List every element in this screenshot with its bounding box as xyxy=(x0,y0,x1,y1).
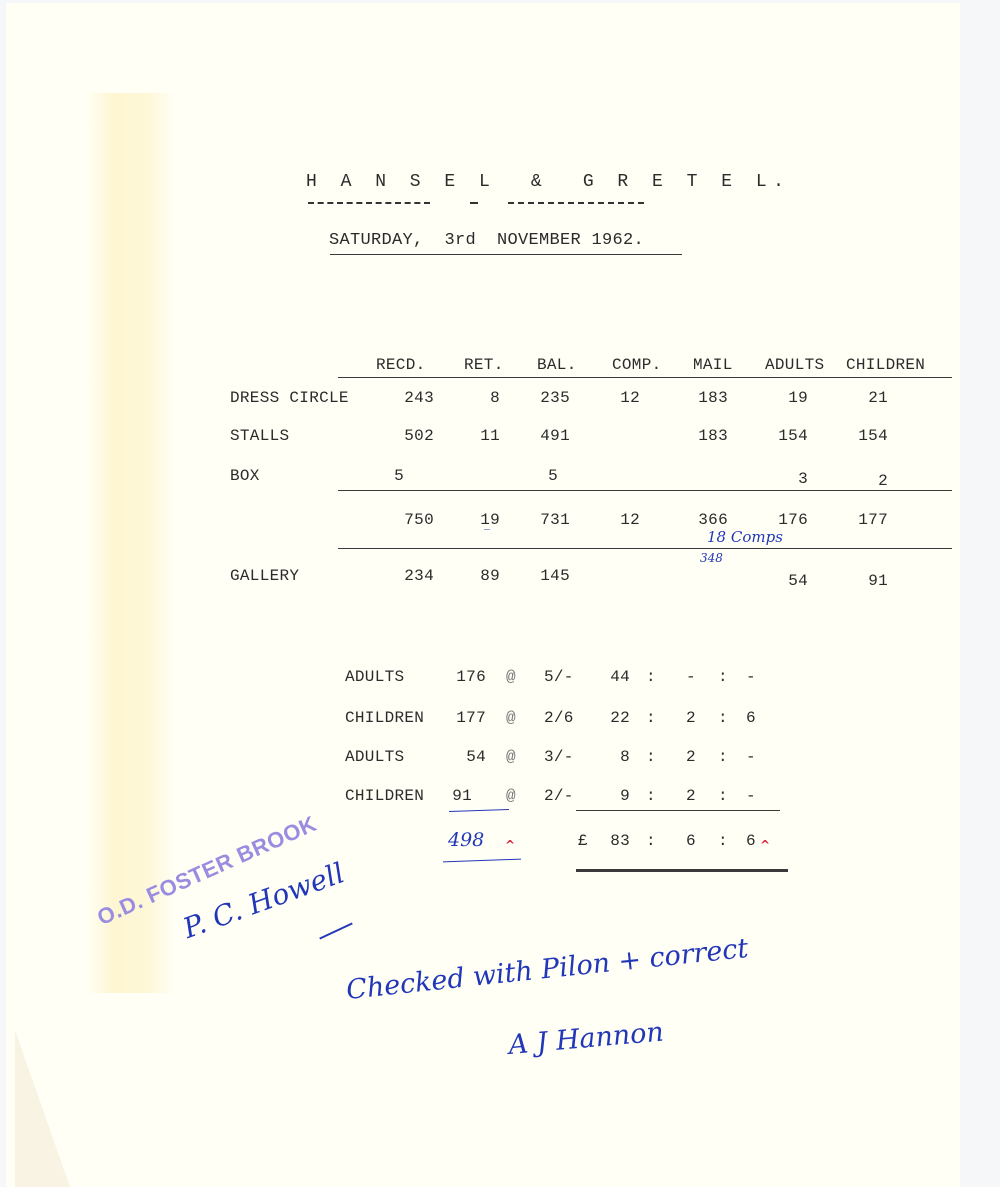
col-header-comp: COMP. xyxy=(612,356,662,374)
cell-recd: 502 xyxy=(370,427,434,445)
price-row-qty: 177 xyxy=(440,709,486,727)
date-line: SATURDAY, 3rd NOVEMBER 1962. xyxy=(329,231,644,250)
price-row-label: CHILDREN xyxy=(345,787,424,805)
total-qty-handwritten: 498 xyxy=(448,829,484,851)
gallery-recd: 234 xyxy=(370,567,434,585)
subtotal-rule xyxy=(338,490,952,491)
col-header-children: CHILDREN xyxy=(846,356,925,374)
cell-comp: 12 xyxy=(600,389,640,407)
price-row-pence: - xyxy=(746,668,756,686)
col-header-bal: BAL. xyxy=(537,356,577,374)
sep: : xyxy=(718,668,728,686)
total-adults: 176 xyxy=(760,511,808,529)
total-currency: £ xyxy=(578,832,588,850)
price-row-pounds: 22 xyxy=(600,709,630,727)
price-row-qty: 176 xyxy=(440,668,486,686)
cell-children: 2 xyxy=(840,472,888,490)
row-label-stalls: STALLS xyxy=(230,427,289,445)
total-bal: 731 xyxy=(520,511,570,529)
price-row-pence: 6 xyxy=(746,709,756,727)
price-row-pounds: 44 xyxy=(600,668,630,686)
col-header-mail: MAIL xyxy=(693,356,733,374)
total-pence: 6 xyxy=(746,832,756,850)
gallery-ret: 89 xyxy=(450,567,500,585)
at-sign: @ xyxy=(506,787,516,805)
sep: : xyxy=(718,748,728,766)
gallery-bal: 145 xyxy=(520,567,570,585)
title-underline-hansel xyxy=(308,202,430,204)
red-check-mark: ^ xyxy=(505,838,515,852)
date-underline xyxy=(330,254,682,255)
ret-tick-mark: ‾ xyxy=(484,527,490,541)
cell-children: 21 xyxy=(840,389,888,407)
price-row-qty: 54 xyxy=(440,748,486,766)
header-underline xyxy=(338,377,952,378)
total-mail: 366 xyxy=(680,511,728,529)
price-row-pence: - xyxy=(746,748,756,766)
totals-rule xyxy=(338,548,952,549)
sep: : xyxy=(718,787,728,805)
sep: : xyxy=(646,668,656,686)
subtotal-rule-money xyxy=(576,810,780,811)
price-row-label: CHILDREN xyxy=(345,709,424,727)
price-row-price: 2/6 xyxy=(544,709,574,727)
document-title: H A N S E L & G R E T E L. xyxy=(306,172,790,192)
price-row-qty: 91 xyxy=(440,787,472,805)
price-row-shillings: 2 xyxy=(686,709,696,727)
cell-adults: 19 xyxy=(760,389,808,407)
price-row-price: 2/- xyxy=(544,787,574,805)
price-row-price: 3/- xyxy=(544,748,574,766)
cell-ret: 8 xyxy=(450,389,500,407)
price-row-pence: - xyxy=(746,787,756,805)
total-children: 177 xyxy=(840,511,888,529)
row-label-gallery: GALLERY xyxy=(230,567,299,585)
comps-annotation: 18 Comps xyxy=(707,528,783,546)
total-recd: 750 xyxy=(370,511,434,529)
row-label-box: BOX xyxy=(230,467,260,485)
col-header-recd: RECD. xyxy=(376,356,426,374)
col-header-adults: ADULTS xyxy=(765,356,824,374)
title-underline-amp xyxy=(470,202,478,204)
at-sign: @ xyxy=(506,709,516,727)
cell-bal: 5 xyxy=(520,467,558,485)
cell-mail: 183 xyxy=(680,389,728,407)
sep: : xyxy=(718,832,728,850)
sep: : xyxy=(646,748,656,766)
at-sign: @ xyxy=(506,748,516,766)
cell-bal: 491 xyxy=(520,427,570,445)
cell-adults: 3 xyxy=(760,470,808,488)
red-check-mark: ^ xyxy=(760,838,770,852)
total-double-rule xyxy=(576,869,788,872)
sep: : xyxy=(646,709,656,727)
sep: : xyxy=(646,832,656,850)
price-row-price: 5/- xyxy=(544,668,574,686)
price-row-shillings: - xyxy=(686,668,696,686)
cell-children: 154 xyxy=(840,427,888,445)
sep: : xyxy=(646,787,656,805)
price-row-shillings: 2 xyxy=(686,748,696,766)
mail-net-annotation: 348 xyxy=(700,551,723,565)
total-ret: 19 xyxy=(450,511,500,529)
row-label-dress-circle: DRESS CIRCLE xyxy=(230,389,349,407)
cell-ret: 11 xyxy=(450,427,500,445)
cell-mail: 183 xyxy=(680,427,728,445)
at-sign: @ xyxy=(506,668,516,686)
sep: : xyxy=(718,709,728,727)
title-underline-gretel xyxy=(508,202,644,204)
cell-bal: 235 xyxy=(520,389,570,407)
cell-recd: 243 xyxy=(370,389,434,407)
price-row-label: ADULTS xyxy=(345,748,404,766)
price-row-pounds: 9 xyxy=(600,787,630,805)
total-comp: 12 xyxy=(600,511,640,529)
gallery-adults: 54 xyxy=(760,572,808,590)
total-shillings: 6 xyxy=(686,832,696,850)
gallery-children: 91 xyxy=(840,572,888,590)
total-pounds: 83 xyxy=(600,832,630,850)
price-row-label: ADULTS xyxy=(345,668,404,686)
price-row-shillings: 2 xyxy=(686,787,696,805)
cell-adults: 154 xyxy=(760,427,808,445)
price-row-pounds: 8 xyxy=(600,748,630,766)
cell-recd: 5 xyxy=(370,467,404,485)
paper-stain xyxy=(86,93,176,993)
col-header-ret: RET. xyxy=(464,356,504,374)
